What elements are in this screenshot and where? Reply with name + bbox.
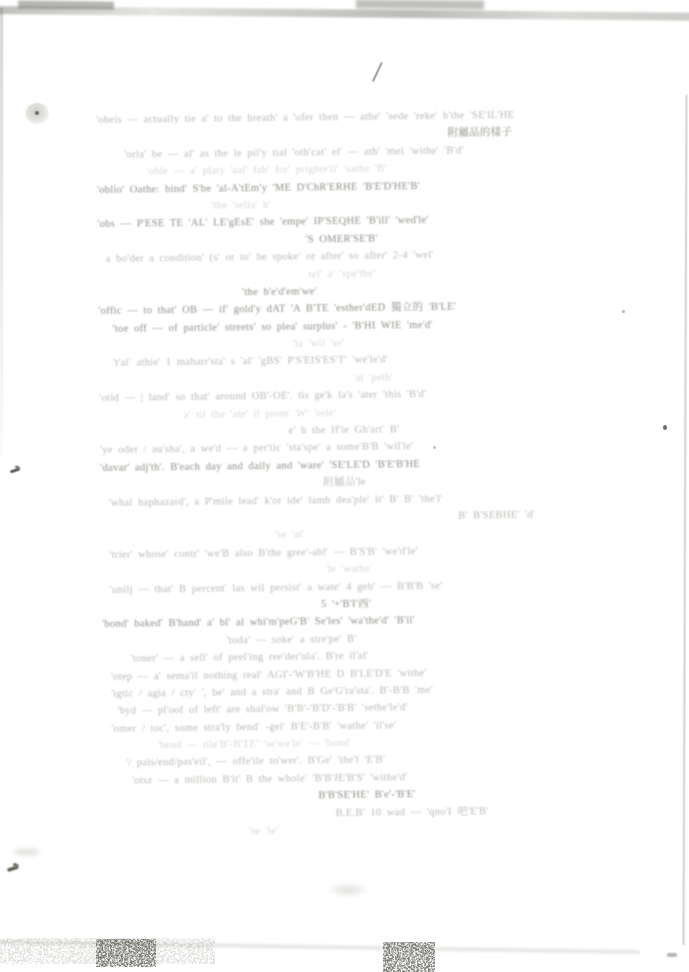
page-left-edge-shadow	[0, 8, 3, 458]
ink-speck	[663, 425, 667, 430]
scanned-page: / 'obeis — actually tie a' to the breath…	[0, 0, 689, 972]
ink-tick-mark	[6, 862, 22, 874]
toner-speckle-patch-center	[383, 942, 435, 972]
faded-page-number-smudge	[326, 882, 370, 898]
ink-tick-mark	[9, 465, 23, 475]
ink-speck	[622, 310, 625, 313]
toner-speckle-patch-left	[96, 939, 156, 967]
page-top-edge-dark-patch	[356, 0, 484, 10]
punch-hole-mark	[26, 103, 48, 122]
ink-tick-shadow	[14, 848, 40, 856]
page-right-edge-line	[683, 95, 688, 945]
ink-speck	[667, 953, 677, 957]
text-block: 'obeis — actually tie a' to the breath' …	[90, 106, 599, 852]
slash-pen-mark: /	[371, 55, 391, 92]
page-top-edge-dark-patch	[18, 0, 114, 9]
